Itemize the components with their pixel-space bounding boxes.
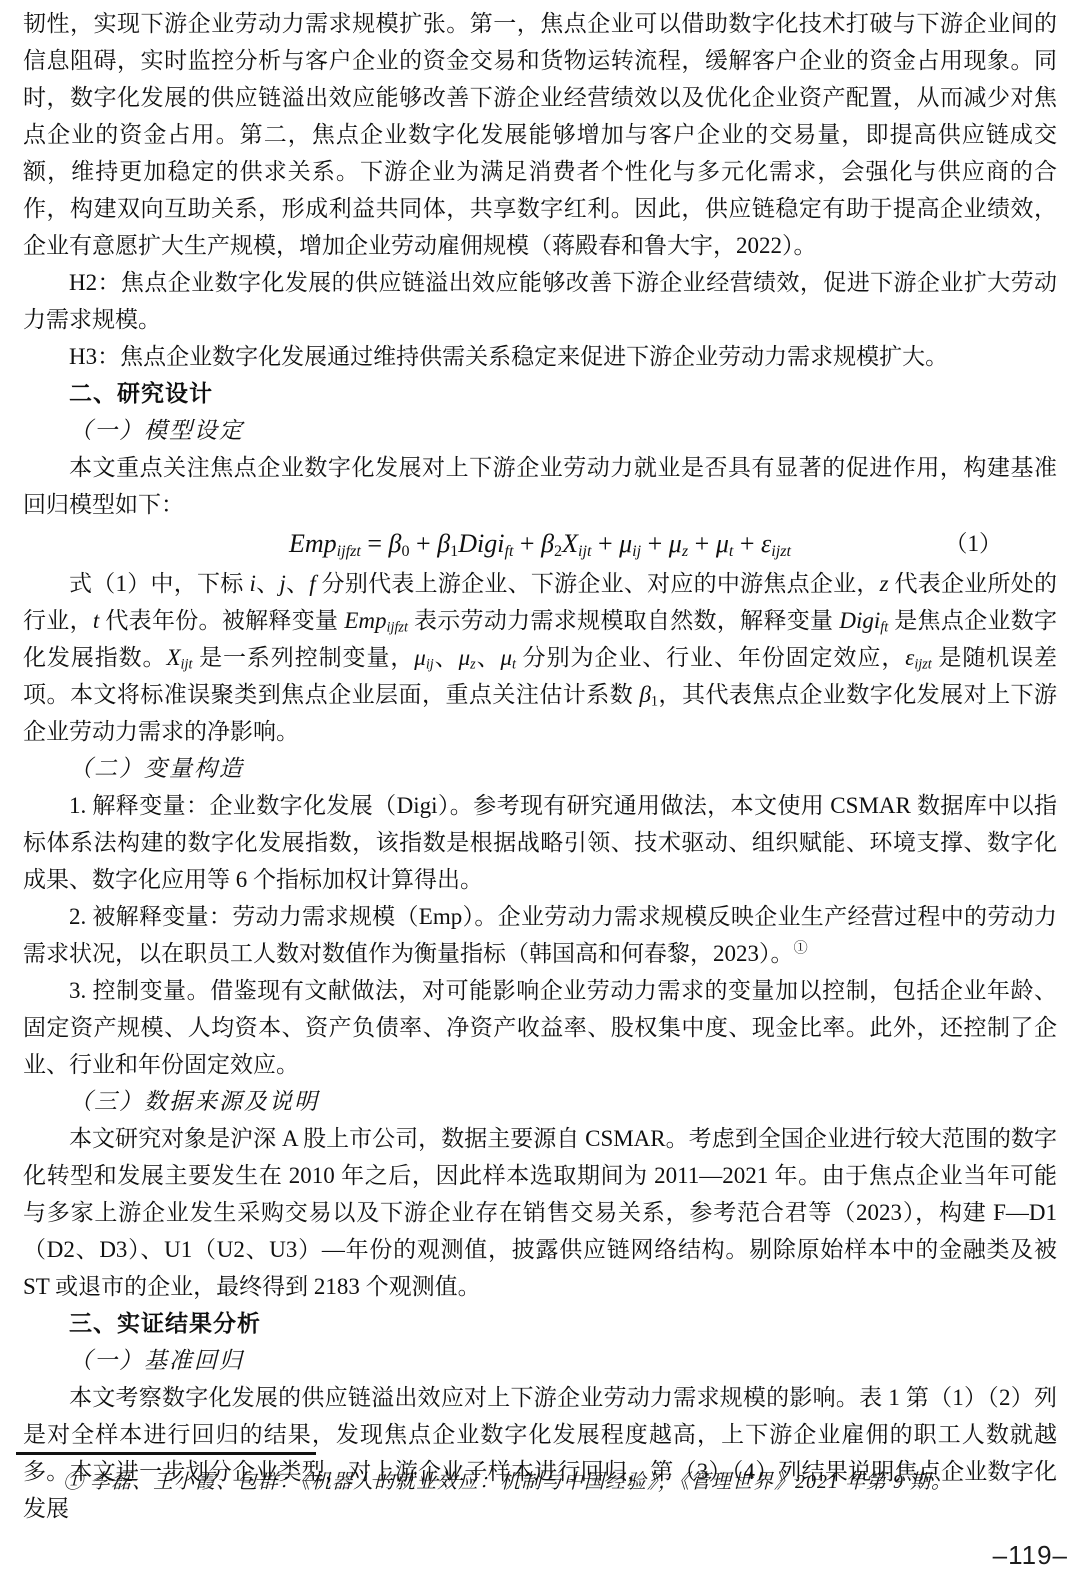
text-run: β [639,682,650,707]
text-run: （二）变量构造 [69,756,244,781]
equation-1: Empijfzt = β0 + β1Digift + β2Xijt + μij … [23,523,1057,565]
text-run: Emp [344,608,386,633]
text-run: 、 [476,645,501,670]
text-run: 3. 控制变量。借鉴现有文献做法，对可能影响企业劳动力需求的变量加以控制，包括企… [23,978,1057,1077]
text-run: μ [459,645,471,670]
subscript-text: ft [880,620,888,636]
text-run: 代表年份。被解释变量 [99,608,344,633]
text-run: X [562,529,578,558]
text-run: 表示劳动力需求规模取自然数，解释变量 [408,608,839,633]
text-run: 、 [286,571,310,596]
text-run: + [410,529,438,558]
section-heading-research-design: 二、研究设计 [23,375,1057,412]
paragraph-continued-from-previous-page: 韧性，实现下游企业劳动力需求规模扩张。第一，焦点企业可以借助数字化技术打破与下游… [23,5,1057,264]
footnote-text: ① 李磊、王小霞、包群：《机器人的就业效应：机制与中国经验》，《管理世界》202… [23,1467,1057,1498]
subsection-heading-variable-construction: （二）变量构造 [23,750,1057,787]
subscript-text: ijzt [914,657,931,673]
paragraph-data-description: 本文研究对象是沪深 A 股上市公司，数据主要源自 CSMAR。考虑到全国企业进行… [23,1120,1057,1305]
paper-page: 韧性，实现下游企业劳动力需求规模扩张。第一，焦点企业可以借助数字化技术打破与下游… [0,0,1080,1575]
text-run: 韧性，实现下游企业劳动力需求规模扩张。第一，焦点企业可以借助数字化技术打破与下游… [23,11,1057,258]
text-run: β [437,529,450,558]
hypothesis-h3: H3：焦点企业数字化发展通过维持供需关系稳定来促进下游企业劳动力需求规模扩大。 [23,338,1057,375]
text-run: μ [716,529,729,558]
equation-body: Empijfzt = β0 + β1Digift + β2Xijt + μij … [289,529,791,558]
text-run: 、 [256,571,280,596]
subscript-text: 0 [401,543,409,560]
paragraph-control-variables: 3. 控制变量。借鉴现有文献做法，对可能影响企业劳动力需求的变量加以控制，包括企… [23,972,1057,1083]
subscript-text: ijzt [771,543,791,560]
text-run: Emp [289,529,337,558]
text-run: + [591,529,619,558]
paragraph-dependent-variable: 2. 被解释变量：劳动力需求规模（Emp）。企业劳动力需求规模反映企业生产经营过… [23,898,1057,972]
text-run: H3：焦点企业数字化发展通过维持供需关系稳定来促进下游企业劳动力需求规模扩大。 [69,344,948,369]
equation-number: （1） [945,523,1003,565]
subscript-text: 1 [651,694,658,710]
text-run: Digi [839,608,880,633]
paragraph-model-intro: 本文重点关注焦点企业数字化发展对上下游企业劳动力就业是否具有显著的促进作用，构建… [23,449,1057,523]
text-run: （一）基准回归 [69,1348,244,1373]
text-column: 韧性，实现下游企业劳动力需求规模扩张。第一，焦点企业可以借助数字化技术打破与下游… [23,5,1057,1527]
text-run: 二、研究设计 [69,380,213,406]
footnote-marker-superscript: ① [794,940,808,956]
subsection-heading-data-source: （三）数据来源及说明 [23,1083,1057,1120]
text-run: 分别为企业、行业、年份固定效应， [516,645,905,670]
text-run: 、 [434,645,459,670]
text-run: H2：焦点企业数字化发展的供应链溢出效应能够改善下游企业经营绩效，促进下游企业扩… [23,270,1057,332]
text-run: μ [669,529,682,558]
text-run: （一）模型设定 [69,418,244,443]
subsection-heading-model-setup: （一）模型设定 [23,412,1057,449]
page-number: –119– [993,1540,1068,1571]
subscript-text: 2 [554,543,562,560]
subscript-text: ijfzt [387,620,408,636]
text-run: 2. 被解释变量：劳动力需求规模（Emp）。企业劳动力需求规模反映企业生产经营过… [23,904,1057,966]
text-run: + [513,529,541,558]
text-run: （三）数据来源及说明 [69,1089,319,1114]
paragraph-explanatory-variable: 1. 解释变量：企业数字化发展（Digi）。参考现有研究通用做法，本文使用 CS… [23,787,1057,898]
text-run: 分别代表上游企业、下游企业、对应的中游焦点企业， [316,571,880,596]
text-run: 本文研究对象是沪深 A 股上市公司，数据主要源自 CSMAR。考虑到全国企业进行… [23,1126,1057,1299]
text-run: μ [501,645,513,670]
text-run: 三、实证结果分析 [69,1310,261,1336]
footnote-area: ① 李磊、王小霞、包群：《机器人的就业效应：机制与中国经验》，《管理世界》202… [23,1452,1057,1498]
text-run: z [880,571,889,596]
section-heading-empirical-results: 三、实证结果分析 [23,1305,1057,1342]
text-run: Digi [458,529,504,558]
text-run: + [733,529,761,558]
text-run: + [688,529,716,558]
subscript-text: ijfzt [337,543,361,560]
text-run: μ [619,529,632,558]
text-run: ε [905,645,914,670]
text-run: μ [414,645,426,670]
text-run: 是一系列控制变量， [192,645,414,670]
text-run: + [641,529,669,558]
text-run: X [166,645,180,670]
text-run: 式（1）中，下标 [69,571,249,596]
text-run: 1. 解释变量：企业数字化发展（Digi）。参考现有研究通用做法，本文使用 CS… [23,793,1057,892]
paragraph-equation-explanation: 式（1）中，下标 i、j、f 分别代表上游企业、下游企业、对应的中游焦点企业，z… [23,565,1057,750]
hypothesis-h2: H2：焦点企业数字化发展的供应链溢出效应能够改善下游企业经营绩效，促进下游企业扩… [23,264,1057,338]
subscript-text: ij [632,543,641,560]
text-run: = [361,529,389,558]
text-run: β [541,529,554,558]
text-run: ε [761,529,771,558]
subscript-text: ij [426,657,434,673]
footnote-divider-rule [16,1452,316,1455]
text-run: β [389,529,402,558]
subscript-text: ijt [578,543,591,560]
text-run: 本文重点关注焦点企业数字化发展对上下游企业劳动力就业是否具有显著的促进作用，构建… [23,455,1057,517]
subsection-heading-baseline-regression: （一）基准回归 [23,1342,1057,1379]
subscript-text: ijt [181,657,193,673]
